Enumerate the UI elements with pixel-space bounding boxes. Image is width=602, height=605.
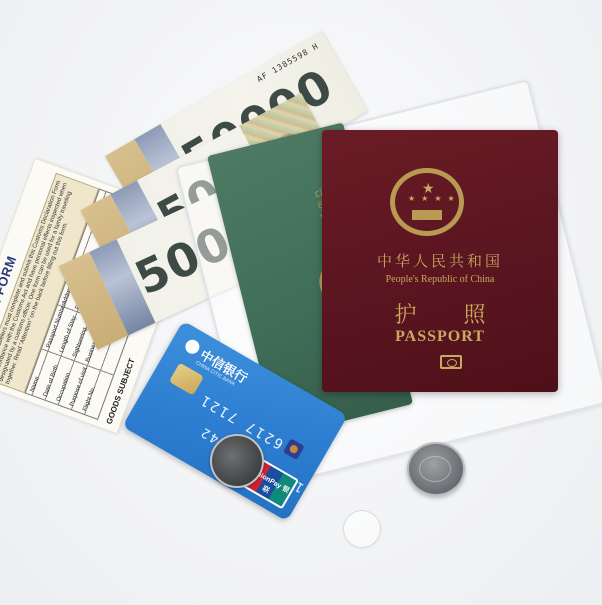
passport-country-cn: 中华人民共和国 xyxy=(322,250,558,271)
form-field-name: Name xyxy=(30,376,41,393)
clear-disc xyxy=(343,510,381,548)
coin-on-table xyxy=(407,442,465,496)
form-field-dob: Date of Birth xyxy=(43,364,60,397)
coin-on-card xyxy=(210,434,264,488)
national-emblem-icon: ★ ★★★★ xyxy=(390,168,468,240)
hologram-icon xyxy=(283,438,305,460)
form-field-sightseeing: Sightseeing xyxy=(72,327,88,359)
passport-country-en: People's Republic of China xyxy=(322,274,558,285)
passport-title-en: PASSPORT xyxy=(322,328,558,346)
form-field-flight: Flight No. xyxy=(82,386,96,412)
form-field-occupation: Occupation xyxy=(56,372,72,403)
red-passport: ★ ★★★★ 中华人民共和国 People's Republic of Chin… xyxy=(322,130,558,392)
passport-title-cn: 护 照 xyxy=(322,298,558,329)
biometric-chip-icon xyxy=(440,355,462,369)
bank-logo-icon xyxy=(183,337,202,356)
product-photo-scene: CLARATION FORM All arriving travelers mu… xyxy=(0,0,602,605)
